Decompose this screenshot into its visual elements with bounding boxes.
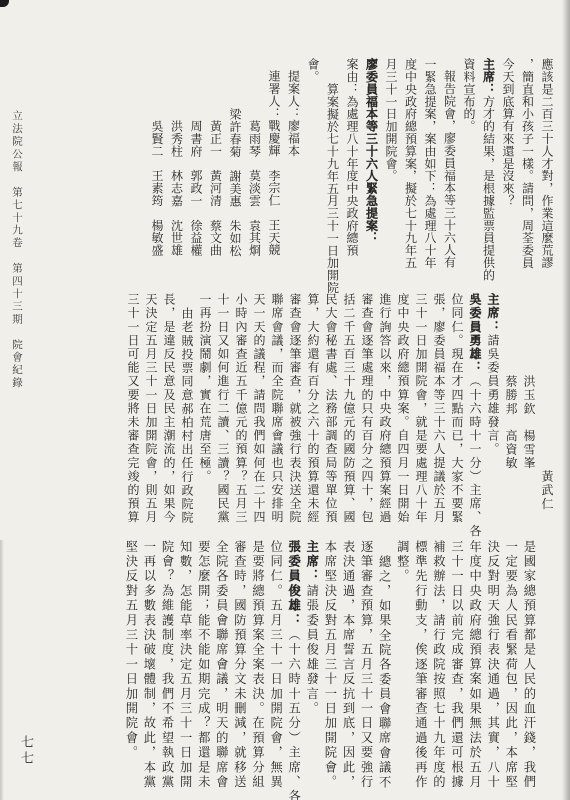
- speaker-or-heading-label: 主席：: [482, 58, 496, 95]
- text-column: 連署人：戰慶輝 李宗仁 王天競: [264, 58, 284, 256]
- text-column: 位同仁。現在才四點而已，大家不要緊: [448, 293, 466, 524]
- body-text: 周書府 郭政一 徐益權: [189, 120, 203, 256]
- body-text: 本席堅決反對五月三十一日加開院會。: [323, 540, 337, 790]
- body-text: 決反對明天強行表決通過，其實，八十: [486, 540, 500, 790]
- body-text: 進行詢答以來，中央政府總預算案經過: [378, 293, 392, 524]
- text-column: 堅決反對五月三十一日加開院會。: [122, 540, 140, 761]
- body-text: ，簡直和小孩子一樣。請問，周荃委員: [521, 58, 535, 269]
- text-column: 是國家總預算都是人民的血汗錢，我們: [520, 540, 538, 790]
- body-text: 標準先行動支，俟逐筆審查通過後再作: [413, 540, 427, 790]
- body-text: 堅決反對五月三十一日加開院會。: [124, 540, 138, 761]
- text-column: 今天到底算有來還是沒來？: [498, 58, 518, 207]
- text-column: 洪秀柱 林志嘉 沈世雄: [166, 58, 186, 256]
- speaker-or-heading-label: 主席：: [305, 540, 319, 584]
- text-column: 張，廖委員福本等三十六人提議於五月: [430, 293, 448, 524]
- text-column: 張委員俊雄：（十六時十五分）主席、各: [285, 540, 303, 800]
- text-column: 進行詢答以來，中央政府總預算案經過: [376, 293, 394, 524]
- text-column: 審查會逐筆處理的只有百分之四十，包: [358, 293, 376, 524]
- text-column: 應該是二百三十人才對，作業這麼荒謬: [537, 58, 557, 269]
- text-column: 十一日又如何進行二讀、三讀？國民黨: [214, 293, 232, 524]
- text-column: 知數，怎能草率決定五月三十一日加開: [176, 540, 194, 790]
- text-column: 表決通過，本席誓言反抗到底，因此，: [339, 540, 357, 790]
- body-text: 小時內審查近五千億元的預算？五月三: [234, 293, 248, 524]
- body-text: 會。: [306, 58, 320, 83]
- body-text: 十一日又如何進行二讀、三讀？國民黨: [216, 293, 230, 524]
- text-column: 周書府 郭政一 徐益權: [186, 58, 206, 256]
- text-column: 決反對明天強行表決通過，其實，八十: [484, 540, 502, 790]
- body-text: 審查會逐筆處理的只有百分之四十，包: [360, 293, 374, 524]
- text-column: 梁許春菊 謝美惠 朱如松: [225, 58, 245, 256]
- text-column: 本席堅決反對五月三十一日加開院會。: [321, 540, 339, 790]
- body-text: 全院各委員會聯席會議，明天的聯席會: [214, 540, 228, 790]
- body-text: 吳賢二 王素筠 楊敏盛: [150, 120, 164, 256]
- body-text: 總之，如果全院各委員會聯席會議不: [377, 555, 391, 790]
- body-text: 請張委員俊雄發言。: [305, 584, 319, 716]
- text-column: 要怎麼開；能不能如期完成？都還是未: [194, 540, 212, 790]
- body-text: 洪秀柱 林志嘉 沈世雄: [170, 120, 184, 256]
- text-column: 蔡勝邦 高資敏: [502, 293, 520, 470]
- body-text: 聯席會議，而全院聯席會議也只安排明: [270, 293, 284, 524]
- text-column: 黃正一 黃河清 蔡文曲: [205, 58, 225, 256]
- body-text: 一緊急提案，案由如下：為處理八十年: [423, 58, 437, 269]
- gazette-page: 立法院公報 第七十九卷 第四十三期 院會紀錄 應該是二百三十人才對，作業這麼荒謬…: [0, 0, 570, 800]
- text-column: 洪玉欽 楊雪峯: [520, 293, 538, 470]
- margin-title: 立法院公報 第七十九卷 第四十三期 院會紀錄: [9, 110, 24, 389]
- text-column: 報告院會，廖委員福本等三十六人有: [439, 58, 459, 269]
- body-text: 一再以多數表決破壞體制，故此，本黨: [142, 540, 156, 790]
- body-text: 位同仁。現在才四點而已，大家不要緊: [450, 293, 464, 524]
- body-text: 算，大約還有百分之六十的預算還未經: [306, 293, 320, 524]
- body-text: 蔡勝邦 高資敏: [504, 375, 518, 470]
- text-column: 三十一日以前完成審查，我們還可根據: [447, 540, 465, 790]
- body-text: 長，是違反民意及民主潮流的，如果今: [162, 293, 176, 524]
- text-column: 主席：請吳委員勇雄發言。: [484, 293, 502, 456]
- body-text: 逐筆審查預算，五月三十一日又要強行: [359, 540, 373, 790]
- text-column: 位同仁。五月三十一日加開院會，無異: [267, 540, 285, 790]
- text-column: 一定要為人民看緊荷包，因此，本席堅: [502, 540, 520, 790]
- text-column: 一再扮演鬧劇，實在荒唐至極。: [196, 293, 214, 483]
- text-column: 一再以多數表決破壞體制，故此，本黨: [140, 540, 158, 790]
- text-column: 資料宣布的。: [459, 58, 479, 132]
- text-column: 逐筆審查預算，五月三十一日又要強行: [357, 540, 375, 790]
- text-column: 案由：為處理八十年度中央政府總預: [342, 58, 362, 256]
- text-column: 天一天的議程，請問我們如何在二十四: [250, 293, 268, 524]
- body-text: 表決通過，本席誓言反抗到底，因此，: [341, 540, 355, 790]
- text-column: 黃武仁: [538, 293, 556, 511]
- text-column: 度中央政府總預算案，擬於七十九年五: [400, 58, 420, 269]
- body-text: 要怎麼開；能不能如期完成？都還是未: [196, 540, 210, 790]
- text-column: 小時內審查近五千億元的預算？五月三: [232, 293, 250, 524]
- text-column: 算，大約還有百分之六十的預算還未經: [304, 293, 322, 524]
- body-text: 審查時，國防預算分文未刪減，就移送: [232, 540, 246, 790]
- body-text: 天一天的議程，請問我們如何在二十四: [252, 293, 266, 524]
- text-column: 度中央政府總預算案。自四月一日開始: [394, 293, 412, 524]
- body-text: 天決定五月三十一日加開院會，則五月: [144, 293, 158, 524]
- text-column: 標準先行動支，俟逐筆審查通過後再作: [411, 540, 429, 790]
- text-column: 天決定五月三十一日加開院會，則五月: [142, 293, 160, 524]
- text-column: 一緊急提案，案由如下：為處理八十年: [420, 58, 440, 269]
- text-column: 三十一日可能又要將未審查完竣的預算: [124, 293, 142, 524]
- body-text: 案由：為處理八十年度中央政府總預: [345, 58, 359, 256]
- tier-top: 應該是二百三十人才對，作業這麼荒謬，簡直和小孩子一樣。請問，周荃委員今天到底算有…: [147, 58, 557, 288]
- text-column: 括二千五百三十九億元的國防預算、國: [340, 293, 358, 524]
- body-text: 度中央政府總預算案，擬於七十九年五: [404, 58, 418, 269]
- body-text: 報告院會，廖委員福本等三十六人有: [443, 70, 457, 268]
- body-text: 知數，怎能草率決定五月三十一日加開: [178, 540, 192, 790]
- body-text: 調整。: [395, 540, 409, 584]
- text-column: 全院各委員會聯席會議，明天的聯席會: [212, 540, 230, 790]
- body-text: 方才的結果，是根據監票員提供的: [482, 95, 496, 281]
- body-text: 院會？為維護制度，我們不希望執政黨: [160, 540, 174, 790]
- body-text: 一再扮演鬧劇，實在荒唐至極。: [198, 293, 212, 483]
- body-text: 張，廖委員福本等三十六人提議於五月: [432, 293, 446, 524]
- body-text: 黃正一 黃河清 蔡文曲: [209, 120, 223, 256]
- text-column: 會。: [303, 58, 323, 83]
- text-column: 調整。: [393, 540, 411, 584]
- speaker-or-heading-label: 吳委員勇雄：: [468, 293, 482, 375]
- body-text: 一定要為人民看緊荷包，因此，本席堅: [504, 540, 518, 790]
- speaker-or-heading-label: 張委員俊雄：: [287, 540, 301, 628]
- text-column: 長，是違反民意及民主潮流的，如果今: [160, 293, 178, 524]
- text-column: 算案擬於七十九年五月三十一日加開院: [322, 58, 342, 294]
- text-column: 三十一日加開院會，就是要處理八十年: [412, 293, 430, 524]
- body-text: 審查會逐筆審查，就被強行表決送全院: [288, 293, 302, 524]
- page-number: 七七: [17, 735, 36, 767]
- tier-bottom: 是國家總預算都是人民的血汗錢，我們一定要為人民看緊荷包，因此，本席堅決反對明天強…: [122, 540, 556, 798]
- text-column: 審查時，國防預算分文未刪減，就移送: [230, 540, 248, 790]
- body-text: （十六時十一分）主席、各: [468, 375, 482, 538]
- speaker-or-heading-label: 主席：: [486, 293, 500, 334]
- text-column: 吳委員勇雄：（十六時十一分）主席、各: [466, 293, 484, 538]
- body-text: 括二千五百三十九億元的國防預算、國: [342, 293, 356, 524]
- body-text: 是要將總預算案全案表決。在預算分組: [251, 540, 265, 790]
- text-column: 是要將總預算案全案表決。在預算分組: [248, 540, 266, 790]
- body-text: 位同仁。五月三十一日加開院會，無異: [269, 540, 283, 790]
- speaker-or-heading-label: 廖委員福本等三十六人緊急提案：: [365, 58, 379, 244]
- text-column: 吳賢二 王素筠 楊敏盛: [147, 58, 167, 256]
- tier-middle: 黃武仁洪玉欽 楊雪峯蔡勝邦 高資敏主席：請吳委員勇雄發言。吳委員勇雄：（十六時十…: [124, 293, 556, 535]
- scan-edge-shade: [0, 540, 4, 800]
- body-text: 度中央政府總預算案。自四月一日開始: [396, 293, 410, 524]
- text-column: ，簡直和小孩子一樣。請問，周荃委員: [517, 58, 537, 269]
- text-column: 院會？為維護制度，我們不希望執政黨: [158, 540, 176, 790]
- body-text: 梁許春菊 謝美惠 朱如松: [228, 108, 242, 257]
- text-column: 月三十一日加開院會。: [381, 58, 401, 182]
- scan-corner-artifact: [0, 0, 9, 7]
- body-text: 三十一日可能又要將未審查完竣的預算: [126, 293, 140, 524]
- body-text: 今天到底算有來還是沒來？: [501, 58, 515, 207]
- text-column: 聯席會議，而全院聯席會議也只安排明: [268, 293, 286, 524]
- body-text: 洪玉欽 楊雪峯: [522, 375, 536, 470]
- body-text: 三十一日以前完成審查，我們還可根據: [450, 540, 464, 790]
- text-column: 提案人：廖福本: [283, 58, 303, 157]
- body-text: 連署人：戰慶輝 李宗仁 王天競: [267, 70, 281, 256]
- body-text: 是國家總預算都是人民的血汗錢，我們: [522, 540, 536, 790]
- text-column: 由老賊投票同意郝柏村出任行政院院: [178, 293, 196, 524]
- body-text: 應該是二百三十人才對，作業這麼荒謬: [540, 58, 554, 269]
- body-text: （十六時十五分）主席、各: [287, 628, 301, 800]
- text-column: 總之，如果全院各委員會聯席會議不: [375, 540, 393, 790]
- body-text: 提案人：廖福本: [287, 70, 301, 157]
- text-column: 葛雨琴 莫淡雲 袁其烱: [244, 58, 264, 256]
- text-column: 主席：請張委員俊雄發言。: [303, 540, 321, 716]
- text-column: 廖委員福本等三十六人緊急提案：: [361, 58, 381, 244]
- body-text: 補救辦法，請行政院按照七十九年度的: [431, 540, 445, 790]
- text-column: 年度中央政府總預算案如果無法於五月: [466, 540, 484, 790]
- text-column: 審查會逐筆審查，就被強行表決送全院: [286, 293, 304, 524]
- body-text: 三十一日加開院會，就是要處理八十年: [414, 293, 428, 524]
- body-text: 資料宣布的。: [462, 58, 476, 132]
- text-column: 補救辦法，請行政院按照七十九年度的: [429, 540, 447, 790]
- text-column: 主席：方才的結果，是根據監票員提供的: [478, 58, 498, 281]
- body-text: 算案擬於七十九年五月三十一日加開院: [326, 83, 340, 294]
- body-text: 月三十一日加開院會。: [384, 58, 398, 182]
- text-column: 民大會秘書處、法務部調查局等單位預: [322, 293, 340, 524]
- body-text: 民大會秘書處、法務部調查局等單位預: [324, 293, 338, 524]
- body-text: 年度中央政府總預算案如果無法於五月: [468, 540, 482, 790]
- body-text: 黃武仁: [540, 470, 554, 511]
- body-text: 葛雨琴 莫淡雲 袁其烱: [248, 120, 262, 256]
- body-text: 請吳委員勇雄發言。: [486, 334, 500, 456]
- body-text: 由老賊投票同意郝柏村出任行政院院: [180, 307, 194, 525]
